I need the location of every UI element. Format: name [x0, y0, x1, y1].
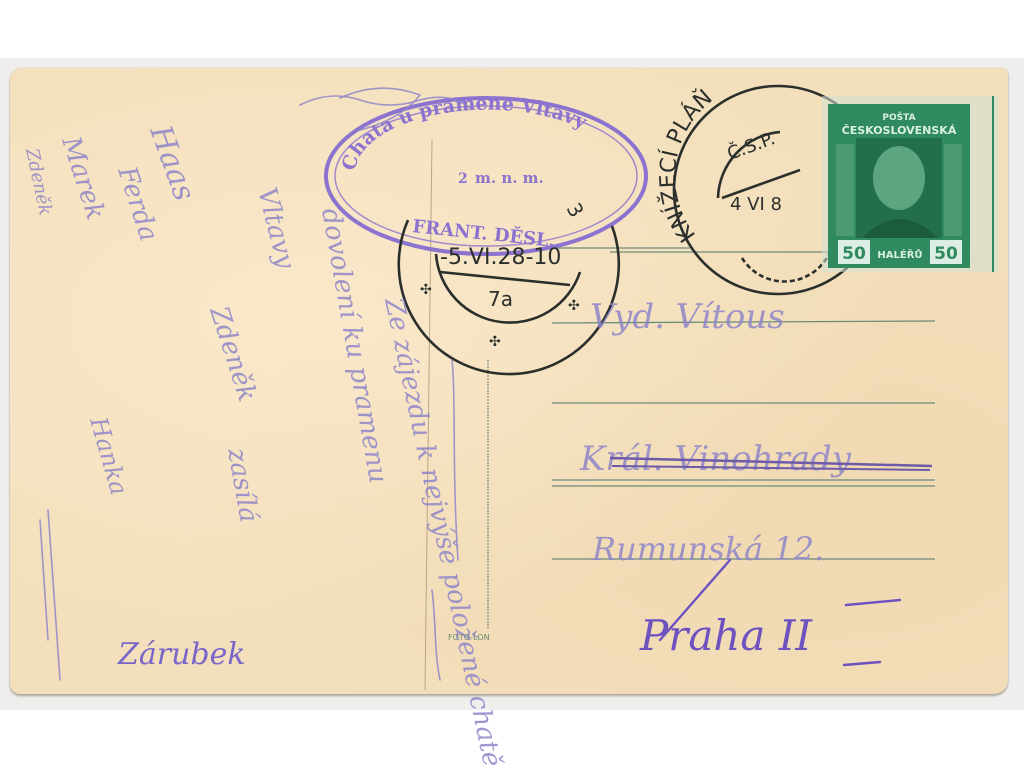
message-line-3: Vltavy: [251, 184, 300, 272]
postcard-artwork: Chata u pramene Vltavy 2 m. n. m. FRANT.…: [0, 0, 1024, 768]
postmark-right-date: 4 VI 8: [730, 194, 782, 215]
stamp-value-left: 50: [842, 244, 866, 264]
postmark-left-code: 7a: [488, 287, 513, 311]
cachet-number: 2: [458, 171, 468, 187]
signature-2: Marek: [55, 132, 110, 224]
message-line-4: zasílá: [221, 445, 264, 525]
address-block: Vyd. Vítous Král. Vinohrady Rumunská 12.…: [579, 297, 932, 665]
message-line-2: dovolení ku pramenu: [315, 206, 393, 486]
svg-text:✣: ✣: [489, 334, 501, 350]
signature-3: Ferda: [111, 162, 164, 245]
postmark-right-town: KNÍŽECÍ PLÁŇ: [656, 84, 718, 246]
stamp-country-line2: ČESKOSLOVENSKÁ: [842, 124, 957, 137]
stamp-country-line1: POŠTA: [882, 111, 915, 123]
signature-1: Haas: [142, 120, 202, 206]
message-signoff: Zárubek: [117, 637, 246, 672]
cachet-middle: m. n. m.: [475, 169, 544, 187]
oval-cachet: Chata u pramene Vltavy 2 m. n. m. FRANT.…: [326, 93, 646, 254]
signature-4: Hanka: [84, 413, 133, 498]
message-line-5: Zdeněk: [203, 302, 262, 405]
address-line1: Vyd. Vítous: [590, 297, 785, 337]
address-line3: Rumunská 12.: [591, 530, 824, 568]
postmark-right-line2: Č.S.P.: [724, 127, 778, 165]
signature-5: Zdeněk: [21, 146, 56, 218]
postmark-left-date: -5.VI.28-10: [440, 245, 561, 270]
svg-text:✣: ✣: [568, 298, 580, 314]
postage-stamp: POŠTA ČESKOSLOVENSKÁ 50 50 HALÉŘŮ: [822, 96, 998, 272]
stamp-currency: HALÉŘŮ: [877, 248, 922, 261]
svg-text:✣: ✣: [420, 282, 432, 298]
postmark-left-fragment: 3: [562, 199, 589, 222]
publisher-mark: FOTO-LON: [448, 633, 490, 642]
stamp-value-right: 50: [934, 244, 958, 264]
address-rules: [552, 248, 935, 559]
